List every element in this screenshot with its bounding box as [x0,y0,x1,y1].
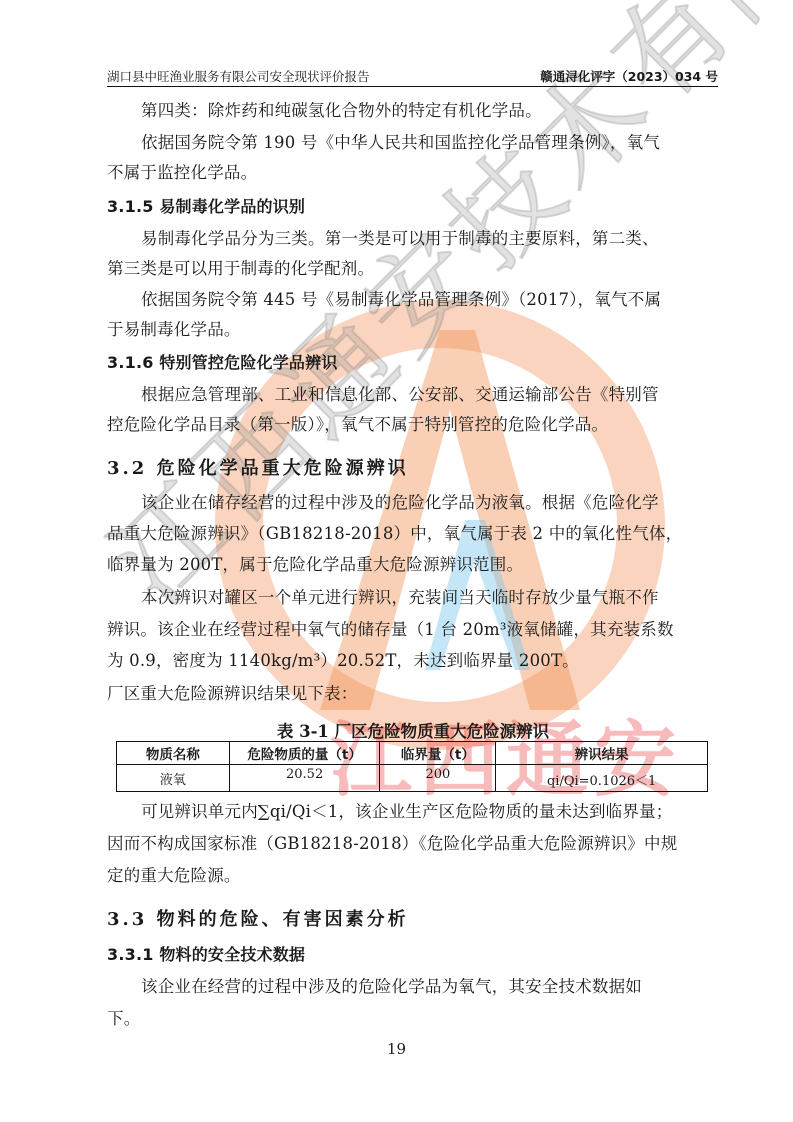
column-header: 临界量（t） [380,742,496,765]
paragraph-line: 依据国务院令第 445 号《易制毒化学品管理条例》（2017），氧气不属 [141,290,719,310]
report-title: 湖口县中旺渔业服务有限公司安全现状评价报告 [107,67,370,85]
section-heading-3-3: 3.3 物料的危险、有害因素分析 [107,910,719,930]
column-header: 辨识结果 [496,742,708,765]
table-row: 液氧 20.52 200 qi/Qi=0.1026＜1 [117,765,708,792]
paragraph-line: 不属于监控化学品。 [107,163,719,183]
table-cell-result: qi/Qi=0.1026＜1 [496,765,708,792]
paragraph-line: 控危险化学品目录（第一版）》，氧气不属于特别管控的危险化学品。 [107,415,719,435]
paragraph-line: 定的重大危险源。 [107,866,719,886]
column-header: 物质名称 [117,742,230,765]
paragraph-line: 厂区重大危险源辨识结果见下表： [107,684,719,704]
table-header-row: 物质名称 危险物质的量（t） 临界量（t） 辨识结果 [117,742,708,765]
paragraph-line: 于易制毒化学品。 [107,320,719,340]
section-heading-3-2: 3.2 危险化学品重大危险源辨识 [107,459,719,479]
page-number: 19 [0,1040,793,1058]
paragraph-line: 易制毒化学品分为三类。第一类是可以用于制毒的主要原料，第二类、 [141,229,719,249]
report-number: 赣通浔化评字（2023）034 号 [540,67,718,85]
section-heading-3-1-5: 3.1.5 易制毒化学品的识别 [107,197,719,217]
paragraph-line: 第三类是可以用于制毒的化学配剂。 [107,259,719,279]
paragraph-line: 该企业在储存经营的过程中涉及的危险化学品为液氧。根据《危险化学 [141,493,719,513]
hazard-source-table: 物质名称 危险物质的量（t） 临界量（t） 辨识结果 液氧 20.52 200 … [116,741,708,792]
section-heading-3-1-6: 3.1.6 特别管控危险化学品辨识 [107,353,719,373]
page-header: 湖口县中旺渔业服务有限公司安全现状评价报告 赣通浔化评字（2023）034 号 [107,64,718,87]
table-cell-threshold: 200 [380,765,496,792]
paragraph-line: 该企业在经营的过程中涉及的危险化学品为氧气，其安全技术数据如 [141,977,719,997]
paragraph-line: 可见辨识单元内∑qi/Qi＜1，该企业生产区危险物质的量未达到临界量； [141,802,719,822]
table-caption: 表 3-1 厂区危险物质重大危险源辨识 [107,718,719,742]
paragraph-line: 辨识。该企业在经营过程中氧气的储存量（1 台 20m³液氧储罐，其充装系数 [107,620,719,640]
paragraph-line: 依据国务院令第 190 号《中华人民共和国监控化学品管理条例》，氧气 [141,133,719,153]
section-heading-3-3-1: 3.3.1 物料的安全技术数据 [107,945,719,965]
column-header: 危险物质的量（t） [229,742,380,765]
document-page: 江西通安技术有限公司 江西通安 湖口县中旺渔业服务有限公司安全现状评价报告 赣通… [0,0,793,1122]
table-cell-quantity: 20.52 [229,765,380,792]
paragraph-line: 本次辨识对罐区一个单元进行辨识，充装间当天临时存放少量气瓶不作 [141,588,719,608]
paragraph-line: 为 0.9，密度为 1140kg/m³）20.52T，未达到临界量 200T。 [107,651,719,671]
paragraph-line: 第四类：除炸药和纯碳氢化合物外的特定有机化学品。 [141,101,719,121]
paragraph-line: 因而不构成国家标准（GB18218-2018）《危险化学品重大危险源辨识》中规 [107,834,719,854]
paragraph-line: 临界量为 200T，属于危险化学品重大危险源辨识范围。 [107,555,719,575]
paragraph-line: 品重大危险源辨识》（GB18218-2018）中，氧气属于表 2 中的氧化性气体… [107,524,719,544]
table-cell-substance: 液氧 [117,765,230,792]
paragraph-line: 下。 [107,1009,719,1029]
paragraph-line: 根据应急管理部、工业和信息化部、公安部、交通运输部公告《特别管 [141,385,719,405]
